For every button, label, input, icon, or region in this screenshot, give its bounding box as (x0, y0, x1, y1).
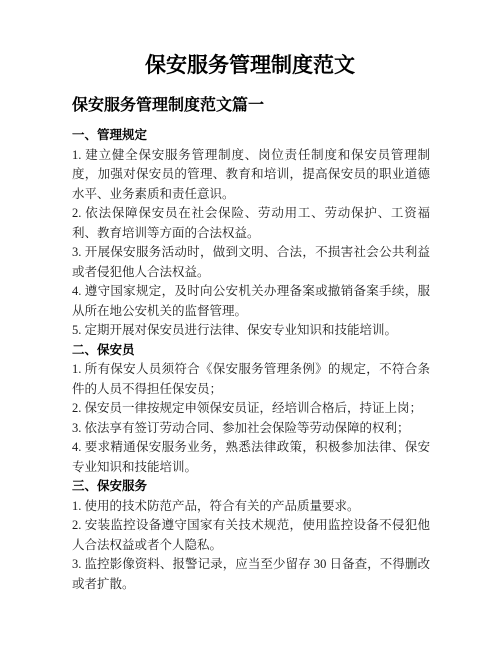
paragraph-item: 1. 使用的技术防范产品，符合有关的产品质量要求。 (72, 497, 430, 517)
paragraph-item: 2. 保安员一律按规定申领保安员证，经培训合格后，持证上岗； (72, 399, 430, 419)
paragraph-item: 2. 依法保障保安员在社会保险、劳动用工、劳动保护、工资福利、教育培训等方面的合… (72, 204, 430, 243)
document-subtitle: 保安服务管理制度范文篇一 (72, 95, 430, 117)
paragraph-item: 3. 监控影像资料、报警记录，应当至少留存 30 日备查，不得删改或者扩散。 (72, 555, 430, 594)
section-heading-security-guards: 二、保安员 (72, 341, 430, 361)
paragraph-item: 1. 所有保安人员须符合《保安服务管理条例》的规定，不符合条件的人员不得担任保安… (72, 360, 430, 399)
document-title: 保安服务管理制度范文 (70, 50, 430, 80)
paragraph-item: 3. 开展保安服务活动时，做到文明、合法，不损害社会公共利益或者侵犯他人合法权益… (72, 243, 430, 282)
paragraph-item: 4. 要求精通保安服务业务，熟悉法律政策，积极参加法律、保安专业知识和技能培训。 (72, 438, 430, 477)
document-page: 保安服务管理制度范文 保安服务管理制度范文篇一 一、管理规定 1. 建立健全保安… (0, 0, 500, 647)
section-heading-management-rules: 一、管理规定 (72, 126, 430, 146)
paragraph-item: 3. 依法享有签订劳动合同、参加社会保险等劳动保障的权利； (72, 419, 430, 439)
paragraph-item: 5. 定期开展对保安员进行法律、保安专业知识和技能培训。 (72, 321, 430, 341)
paragraph-item: 2. 安装监控设备遵守国家有关技术规范，使用监控设备不侵犯他人合法权益或者个人隐… (72, 516, 430, 555)
section-heading-security-services: 三、保安服务 (72, 477, 430, 497)
paragraph-item: 4. 遵守国家规定，及时向公安机关办理备案或撤销备案手续，服从所在地公安机关的监… (72, 282, 430, 321)
paragraph-item: 1. 建立健全保安服务管理制度、岗位责任制度和保安员管理制度，加强对保安员的管理… (72, 146, 430, 205)
